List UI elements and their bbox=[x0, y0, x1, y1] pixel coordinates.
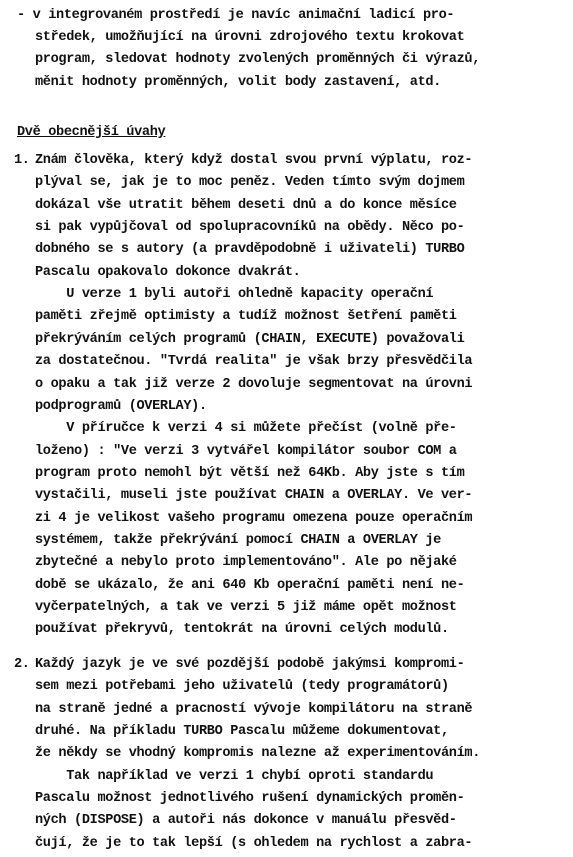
scanned-page: - v integrovaném prostředí je navíc anim… bbox=[0, 0, 573, 857]
text-line: plýval se, jak je to moc peněz. Veden tí… bbox=[35, 173, 464, 193]
text-line: zbytečné a nebylo proto implementováno".… bbox=[35, 553, 457, 573]
text-line: druhé. Na příkladu TURBO Pascalu můžeme … bbox=[35, 722, 449, 742]
text-line: ných (DISPOSE) a autoři nás dokonce v ma… bbox=[35, 811, 457, 831]
text-line: středek, umožňující na úrovni zdrojového… bbox=[35, 28, 464, 48]
text-line: paměti zřejmě optimisty a tudíž možnost … bbox=[35, 307, 457, 327]
section-heading: Dvě obecnější úvahy bbox=[17, 123, 165, 143]
text-line: program, sledovat hodnoty zvolených prom… bbox=[35, 50, 480, 70]
text-line: program proto nemohl být větší než 64Kb.… bbox=[35, 464, 464, 484]
text-line: Tak například ve verzi 1 chybí oproti st… bbox=[35, 767, 433, 787]
text-line: dobného se s autory (a pravděpodobně i u… bbox=[35, 240, 464, 260]
text-line: systémem, takže překrývání pomocí CHAIN … bbox=[35, 531, 441, 551]
text-line: si pak vypůjčoval od spolupracovníků na … bbox=[35, 218, 464, 238]
text-line: - v integrovaném prostředí je navíc anim… bbox=[17, 6, 454, 26]
text-line: překrýváním celých programů (CHAIN, EXEC… bbox=[35, 330, 464, 350]
text-line: čují, že je to tak lepší (s ohledem na r… bbox=[35, 834, 472, 854]
text-line: V příručce k verzi 4 si můžete přečíst (… bbox=[35, 419, 457, 439]
text-line: dokázal vše utratit během deseti dnů a d… bbox=[35, 196, 457, 216]
text-line: podprogramů (OVERLAY). bbox=[35, 397, 207, 417]
text-line: loženo) : "Ve verzi 3 vytvářel kompiláto… bbox=[35, 442, 457, 462]
text-line: U verze 1 byli autoři ohledně kapacity o… bbox=[35, 285, 433, 305]
text-line: vystačili, museli jste používat CHAIN a … bbox=[35, 486, 472, 506]
text-line: zi 4 je velikost vašeho programu omezena… bbox=[35, 509, 472, 529]
text-line: na straně jedné a pracností vývoje kompi… bbox=[35, 700, 472, 720]
item-number: 2. bbox=[14, 655, 30, 675]
text-line: době se ukázalo, že ani 640 Kb operační … bbox=[35, 576, 464, 596]
text-line: měnit hodnoty proměnných, volit body zas… bbox=[35, 73, 441, 93]
text-line: Každý jazyk je ve své pozdější podobě ja… bbox=[35, 655, 464, 675]
text-line: o opaku a tak již verze 2 dovoluje segme… bbox=[35, 375, 472, 395]
text-line: používat překryvů, tentokrát na úrovni c… bbox=[35, 620, 449, 640]
text-line: Pascalu možnost jednotlivého rušení dyna… bbox=[35, 789, 464, 809]
item-number: 1. bbox=[14, 151, 30, 171]
text-line: Pascalu opakovalo dokonce dvakrát. bbox=[35, 263, 300, 283]
text-line: vyčerpatelných, a tak ve verzi 5 již mám… bbox=[35, 598, 457, 618]
text-line: za dostatečnou. "Tvrdá realita" je však … bbox=[35, 352, 472, 372]
text-line: sem mezi potřebami jeho uživatelů (tedy … bbox=[35, 677, 449, 697]
text-line: Znám člověka, který když dostal svou prv… bbox=[35, 151, 472, 171]
text-line: že někdy se vhodný kompromis nalezne až … bbox=[35, 744, 480, 764]
